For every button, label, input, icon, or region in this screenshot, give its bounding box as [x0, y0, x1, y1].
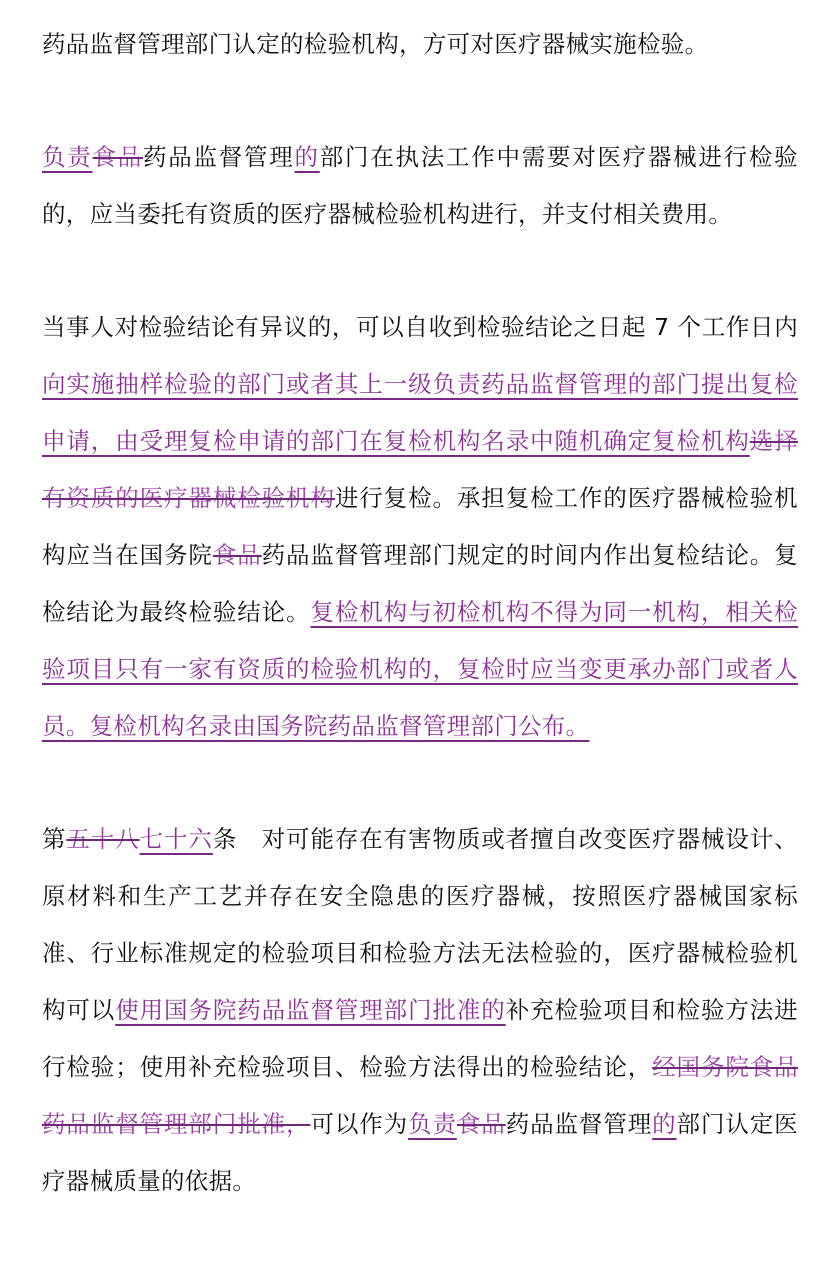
text-normal: 药品监督管理: [143, 143, 294, 171]
paragraph-2: 负责食品药品监督管理的部门在执法工作中需要对医疗器械进行检验的，应当委托有资质的…: [42, 129, 798, 243]
revision-insert: 负责: [42, 143, 93, 171]
revision-insert: 的: [294, 143, 319, 171]
paragraph-gap: [42, 73, 798, 129]
revision-insert: 向实施抽样检验的部门或者其上一级负责药品监督管理的部门提出复检申请，由受理复检申…: [42, 370, 798, 455]
revision-insert: 七十六: [140, 825, 213, 853]
revision-delete: 五十八: [66, 825, 139, 853]
text-normal: 当事人对检验结论有异议的，可以自收到检验结论之日起 7 个工作日内: [42, 313, 798, 341]
document-body: 药品监督管理部门认定的检验机构，方可对医疗器械实施检验。 负责食品药品监督管理的…: [42, 16, 798, 1210]
paragraph-3: 当事人对检验结论有异议的，可以自收到检验结论之日起 7 个工作日内向实施抽样检验…: [42, 299, 798, 755]
revision-delete: 食品: [93, 143, 144, 171]
paragraph-4-article: 第五十八七十六条 对可能存在有害物质或者擅自改变医疗器械设计、原材料和生产工艺并…: [42, 811, 798, 1210]
revision-delete: 食品: [457, 1110, 506, 1138]
paragraph-gap: [42, 243, 798, 299]
text-normal: 条 对可能存在有害物质或者擅自改变医疗器械设计、原材料和生产工艺并存在安全隐患的…: [42, 825, 798, 1024]
paragraph-1: 药品监督管理部门认定的检验机构，方可对医疗器械实施检验。: [42, 16, 798, 73]
revision-insert: 使用国务院药品监督管理部门批准的: [115, 996, 506, 1024]
text-normal: 药品监督管理: [506, 1110, 652, 1138]
text-normal: 可以作为: [310, 1110, 408, 1138]
revision-delete: 食品: [213, 541, 262, 569]
revision-insert: 的: [652, 1110, 676, 1138]
text-normal: 第: [42, 825, 66, 853]
paragraph-gap: [42, 755, 798, 811]
revision-insert: 负责: [408, 1110, 457, 1138]
text-normal: 药品监督管理部门认定的检验机构，方可对医疗器械实施检验。: [42, 30, 708, 58]
